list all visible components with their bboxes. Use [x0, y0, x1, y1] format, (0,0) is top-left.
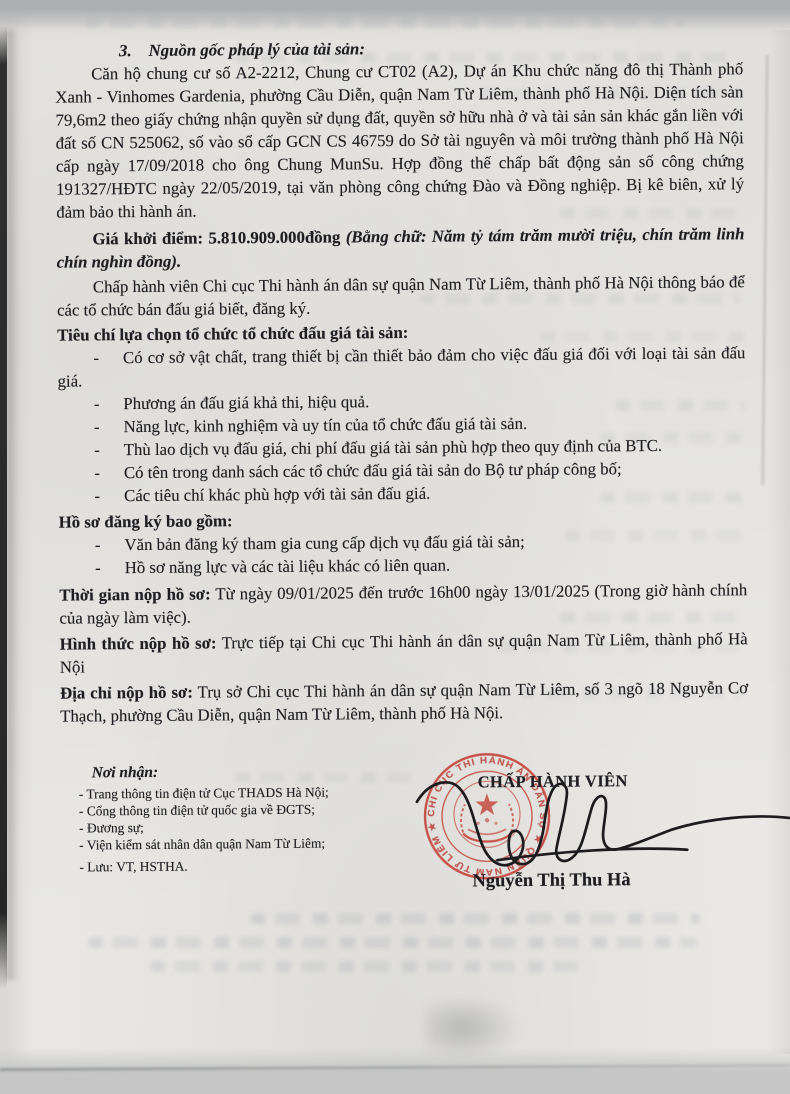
recipients-label: Nơi nhận: [79, 763, 329, 782]
criteria-item: -Có cơ sở vật chất, trang thiết bị cần t… [57, 341, 745, 392]
scanned-document-page: 3.Nguồn gốc pháp lý của tài sản: Căn hộ … [0, 0, 790, 1094]
paragraph-submission-time: Thời gian nộp hồ sơ: Từ ngày 09/01/2025 … [59, 578, 747, 629]
criteria-item-text: Có cơ sở vật chất, trang thiết bị cần th… [58, 343, 746, 390]
dossier-item: -Hồ sơ năng lực và các tài liệu khác có … [59, 551, 747, 579]
bullet-dash: - [94, 394, 100, 413]
dossier-item-text: Hồ sơ năng lực và các tài liệu khác có l… [125, 556, 451, 578]
recipient-item: - Đương sự; [79, 818, 329, 837]
recipient-item: - Cổng thông tin điện tử quốc gia về ĐGT… [79, 801, 329, 820]
section-heading-text: Nguồn gốc pháp lý của tài sản: [149, 39, 365, 60]
submission-address-label: Địa chỉ nộp hồ sơ: [60, 683, 193, 703]
bullet-dash: - [95, 535, 101, 554]
recipient-item: - Trang thông tin điện tử Cục THADS Hà N… [79, 784, 329, 803]
recipients-block: Nơi nhận: - Trang thông tin điện tử Cục … [79, 763, 330, 876]
criteria-item: -Các tiêu chí khác phù hợp với tài sản đ… [58, 479, 746, 507]
bullet-dash: - [94, 486, 100, 505]
bullet-dash: - [93, 348, 99, 367]
starting-price-value: 5.810.909.000đồng [208, 227, 340, 247]
document-footer: Nơi nhận: - Trang thông tin điện tử Cục … [3, 755, 790, 1061]
paragraph-starting-price: Giá khởi điểm: 5.810.909.000đồng (Bằng c… [56, 222, 744, 273]
paragraph-asset-origin: Căn hộ chung cư số A2-2212, Chung cư CT0… [55, 57, 744, 223]
criteria-item-text: Thù lao dịch vụ đấu giá, chi phí đấu giá… [124, 436, 662, 459]
paragraph-notice: Chấp hành viên Chi cục Thi hành án dân s… [57, 270, 745, 321]
submission-method-label: Hình thức nộp hồ sơ: [60, 633, 217, 653]
bullet-dash: - [94, 440, 100, 459]
bullet-dash: - [94, 463, 100, 482]
handwritten-signature [405, 769, 790, 892]
dossier-item-text: Văn bản đăng ký tham gia cung cấp dịch v… [124, 532, 524, 554]
document-body: 3.Nguồn gốc pháp lý của tài sản: Căn hộ … [0, 0, 790, 1094]
criteria-item-text: Năng lực, kinh nghiệm và uy tín của tổ c… [123, 414, 527, 436]
paragraph-submission-method: Hình thức nộp hồ sơ: Trực tiếp tại Chi c… [60, 627, 748, 678]
criteria-item-text: Có tên trong danh sách các tổ chức đấu g… [124, 459, 622, 482]
bullet-dash: - [95, 558, 101, 577]
criteria-item-text: Các tiêu chí khác phù hợp với tài sản đấ… [124, 484, 430, 505]
recipient-item: - Viện kiểm sát nhân dân quận Nam Từ Liê… [79, 835, 329, 854]
submission-time-label: Thời gian nộp hồ sơ: [59, 584, 211, 604]
section-number: 3. [119, 41, 132, 60]
criteria-item-text: Phương án đấu giá khả thi, hiệu quả. [123, 392, 369, 413]
recipient-item: - Lưu: VT, HSTHA. [79, 857, 329, 876]
bullet-dash: - [94, 417, 100, 436]
starting-price-label: Giá khởi điểm: [92, 229, 203, 249]
paragraph-submission-address: Địa chỉ nộp hồ sơ: Trụ sở Chi cục Thi hà… [60, 676, 748, 727]
